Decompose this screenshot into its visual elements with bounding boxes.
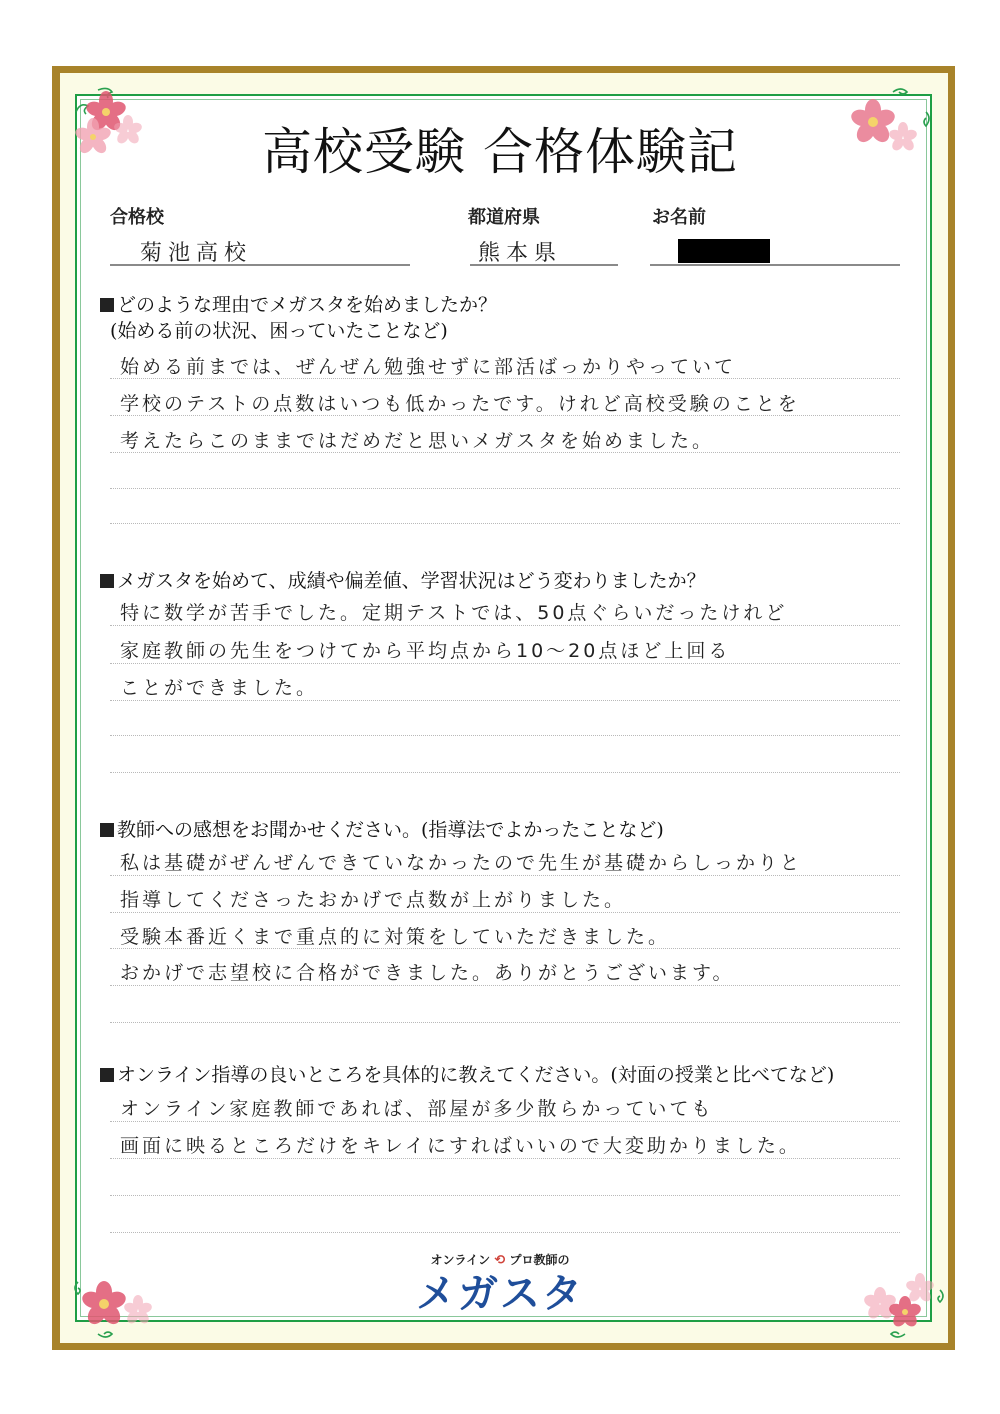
name-label: お名前 [652, 203, 706, 229]
section-2-answer-line-3: ことができました。 [120, 673, 318, 700]
ruled-line [110, 912, 900, 913]
school-underline [110, 264, 410, 266]
ruled-line [110, 1121, 900, 1122]
section-2-answer-line-1: 特に数学が苦手でした。定期テストでは、50点ぐらいだったけれど [120, 598, 787, 625]
ruled-line [110, 735, 900, 736]
section-1-question-text: どのような理由でメガスタを始めましたか？ [117, 294, 497, 316]
ruled-line [110, 1022, 900, 1023]
section-2-question-text: メガスタを始めて、成績や偏差値、学習状況はどう変わりましたか？ [117, 570, 706, 592]
ruled-line [110, 663, 900, 664]
section-3-answer-line-2: 指導してくださったおかげで点数が上がりました。 [120, 885, 626, 912]
section-2-answer-line-2: 家庭教師の先生をつけてから平均点から10〜20点ほど上回る [120, 636, 730, 663]
section-1-question-sub: (始める前の状況、困っていたことなど) [110, 316, 448, 343]
ruled-line [110, 772, 900, 773]
section-4-answer-line-1: オンライン家庭教師であれば、部屋が多少散らかっていても [120, 1094, 713, 1121]
section-3-answer-line-1: 私は基礎がぜんぜんできていなかったので先生が基礎からしっかりと [120, 848, 802, 875]
page-title: 高校受験 合格体験記 [0, 112, 1000, 184]
school-label: 合格校 [110, 203, 164, 229]
prefecture-underline [470, 264, 618, 266]
ruled-line [110, 488, 900, 489]
section-3-answer-line-4: おかげで志望校に合格ができました。ありがとうございます。 [120, 958, 734, 985]
ruled-line [110, 1232, 900, 1233]
ruled-line [110, 378, 900, 379]
square-bullet-icon [100, 574, 114, 588]
section-4-question-text: オンライン指導の良いところを具体的に教えてください。(対面の授業と比べてなど) [117, 1064, 834, 1086]
ruled-line [110, 452, 900, 453]
square-bullet-icon [100, 1068, 114, 1082]
section-3-question-text: 教師への感想をお聞かせください。(指導法でよかったことなど) [117, 819, 664, 841]
ruled-line [110, 948, 900, 949]
section-1-answer-line-1: 始める前までは、ぜんぜん勉強せずに部活ばっかりやっていて [120, 352, 736, 379]
section-4-answer-line-2: 画面に映るところだけをキレイにすればいいので大変助かりました。 [120, 1131, 801, 1158]
section-4-question: オンライン指導の良いところを具体的に教えてください。(対面の授業と比べてなど) [100, 1060, 834, 1087]
ruled-line [110, 625, 900, 626]
logo-megasta: メガスタ [0, 1262, 1000, 1319]
ruled-line [110, 523, 900, 524]
name-redacted-block [678, 239, 770, 263]
ruled-line [110, 1195, 900, 1196]
ruled-line [110, 700, 900, 701]
ruled-line [110, 875, 900, 876]
ruled-line [110, 985, 900, 986]
prefecture-label: 都道府県 [468, 203, 540, 229]
square-bullet-icon [100, 823, 114, 837]
ruled-line [110, 1158, 900, 1159]
school-value: 菊池高校 [140, 236, 252, 267]
section-3-answer-line-3: 受験本番近くまで重点的に対策をしていただきました。 [120, 922, 670, 949]
section-2-question: メガスタを始めて、成績や偏差値、学習状況はどう変わりましたか？ [100, 566, 706, 593]
section-1-answer-line-3: 考えたらこのままではだめだと思いメガスタを始めました。 [120, 426, 714, 453]
section-3-question: 教師への感想をお聞かせください。(指導法でよかったことなど) [100, 815, 664, 842]
prefecture-value: 熊本県 [478, 236, 562, 267]
section-1-question: どのような理由でメガスタを始めましたか？ [100, 290, 497, 317]
name-underline [650, 264, 900, 266]
ruled-line [110, 415, 900, 416]
square-bullet-icon [100, 298, 114, 312]
section-1-answer-line-2: 学校のテストの点数はいつも低かったです。けれど高校受験のことを [120, 389, 800, 416]
